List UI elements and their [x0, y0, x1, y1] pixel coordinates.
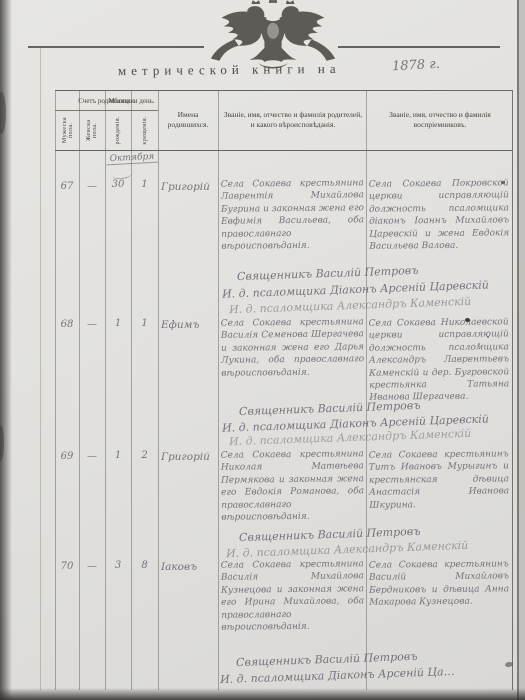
scan-edge-bottom	[0, 688, 525, 700]
scan-edge-right	[517, 0, 525, 700]
female-count-dash: —	[79, 319, 105, 330]
page-title-printed: метрической книги на	[118, 61, 341, 78]
entry-number: 67	[55, 181, 79, 192]
godparents-entry: Села Сокаева Покровской церкви исправляю…	[369, 177, 510, 253]
entry-number: 68	[55, 319, 79, 330]
baptism-day: 2	[131, 450, 158, 461]
ink-speck	[478, 343, 480, 345]
baptism-day: 1	[131, 179, 158, 190]
parents-entry: Села Сокаева крестьянина Лаврентія Михай…	[221, 177, 365, 253]
header-count-male-label: Мужеска пола.	[62, 111, 74, 149]
header-date-group: Мѣсяцъ и день.	[105, 91, 158, 110]
top-rule-right	[338, 46, 500, 48]
baptism-day: 8	[131, 560, 158, 571]
child-name: Ефимъ	[161, 319, 217, 331]
header-count-male: Мужеска пола.	[56, 111, 79, 149]
table-border-right	[512, 90, 513, 690]
priest-signature: Священникъ Василій Петровъ	[237, 264, 419, 283]
header-names-col: Имена родившихся.	[160, 91, 216, 149]
parents-entry: Села Сокаева крестьянина Василія Семенов…	[221, 316, 365, 380]
header-count-female: Женска пола.	[80, 111, 104, 149]
ink-speck	[487, 336, 489, 338]
header-bottom-line	[55, 150, 512, 151]
page-title-year: 1878 г.	[392, 57, 441, 74]
birth-day: 1	[105, 318, 131, 329]
child-name: Григорій	[161, 181, 217, 193]
col-line-1	[79, 90, 80, 690]
godparents-entry: Села Сокаева Николаевской церкви исправл…	[369, 316, 510, 404]
header-date-birth-label: рожденія.	[115, 116, 121, 144]
parents-entry: Села Сокаева крестьянина Николая Матвѣев…	[221, 448, 365, 524]
header-godparents-col: Званіе, имя, отчество и фамилія воспріем…	[370, 91, 510, 149]
birth-day: 3	[105, 560, 131, 571]
parents-entry: Села Сокаева крестьянина Василія Михайло…	[221, 558, 365, 634]
godparents-entry: Села Сокаева крестьянинъ Титъ Ивановъ Му…	[369, 448, 510, 511]
birth-day: 1	[105, 450, 131, 461]
entry-number: 70	[55, 561, 79, 572]
header-date-baptism-label: крещенія.	[142, 116, 148, 145]
header-date-birth: рожденія.	[106, 111, 130, 149]
female-count-dash: —	[79, 451, 105, 462]
header-parents-col: Званіе, имя, отчество и фамилія родителе…	[222, 91, 364, 149]
child-name: Іаковъ	[161, 561, 217, 573]
header-count-female-label: Женска пола.	[86, 111, 98, 149]
godparents-entry: Села Сокаева крестьянинъ Василій Михайло…	[369, 558, 510, 609]
ink-speck	[465, 318, 470, 322]
female-count-dash: —	[79, 181, 105, 192]
child-name: Григорій	[161, 451, 217, 463]
month-label: Октября	[106, 152, 159, 166]
col-line-4	[158, 90, 159, 690]
table-border-left	[55, 90, 56, 690]
col-line-6	[366, 90, 367, 690]
page-frame-line	[40, 46, 41, 690]
baptism-day: 1	[131, 318, 158, 329]
page-title: метрической книги на	[118, 61, 341, 79]
birth-day: 30	[105, 179, 131, 190]
col-line-5	[218, 90, 219, 690]
header-date-baptism: крещенія.	[132, 111, 157, 149]
top-rule-left	[28, 46, 204, 48]
ink-speck	[501, 181, 505, 184]
metrical-book-page: метрической книги на 1878 г. Счетъ родив…	[0, 0, 525, 700]
female-count-dash: —	[79, 561, 105, 572]
entry-number: 69	[55, 451, 79, 462]
